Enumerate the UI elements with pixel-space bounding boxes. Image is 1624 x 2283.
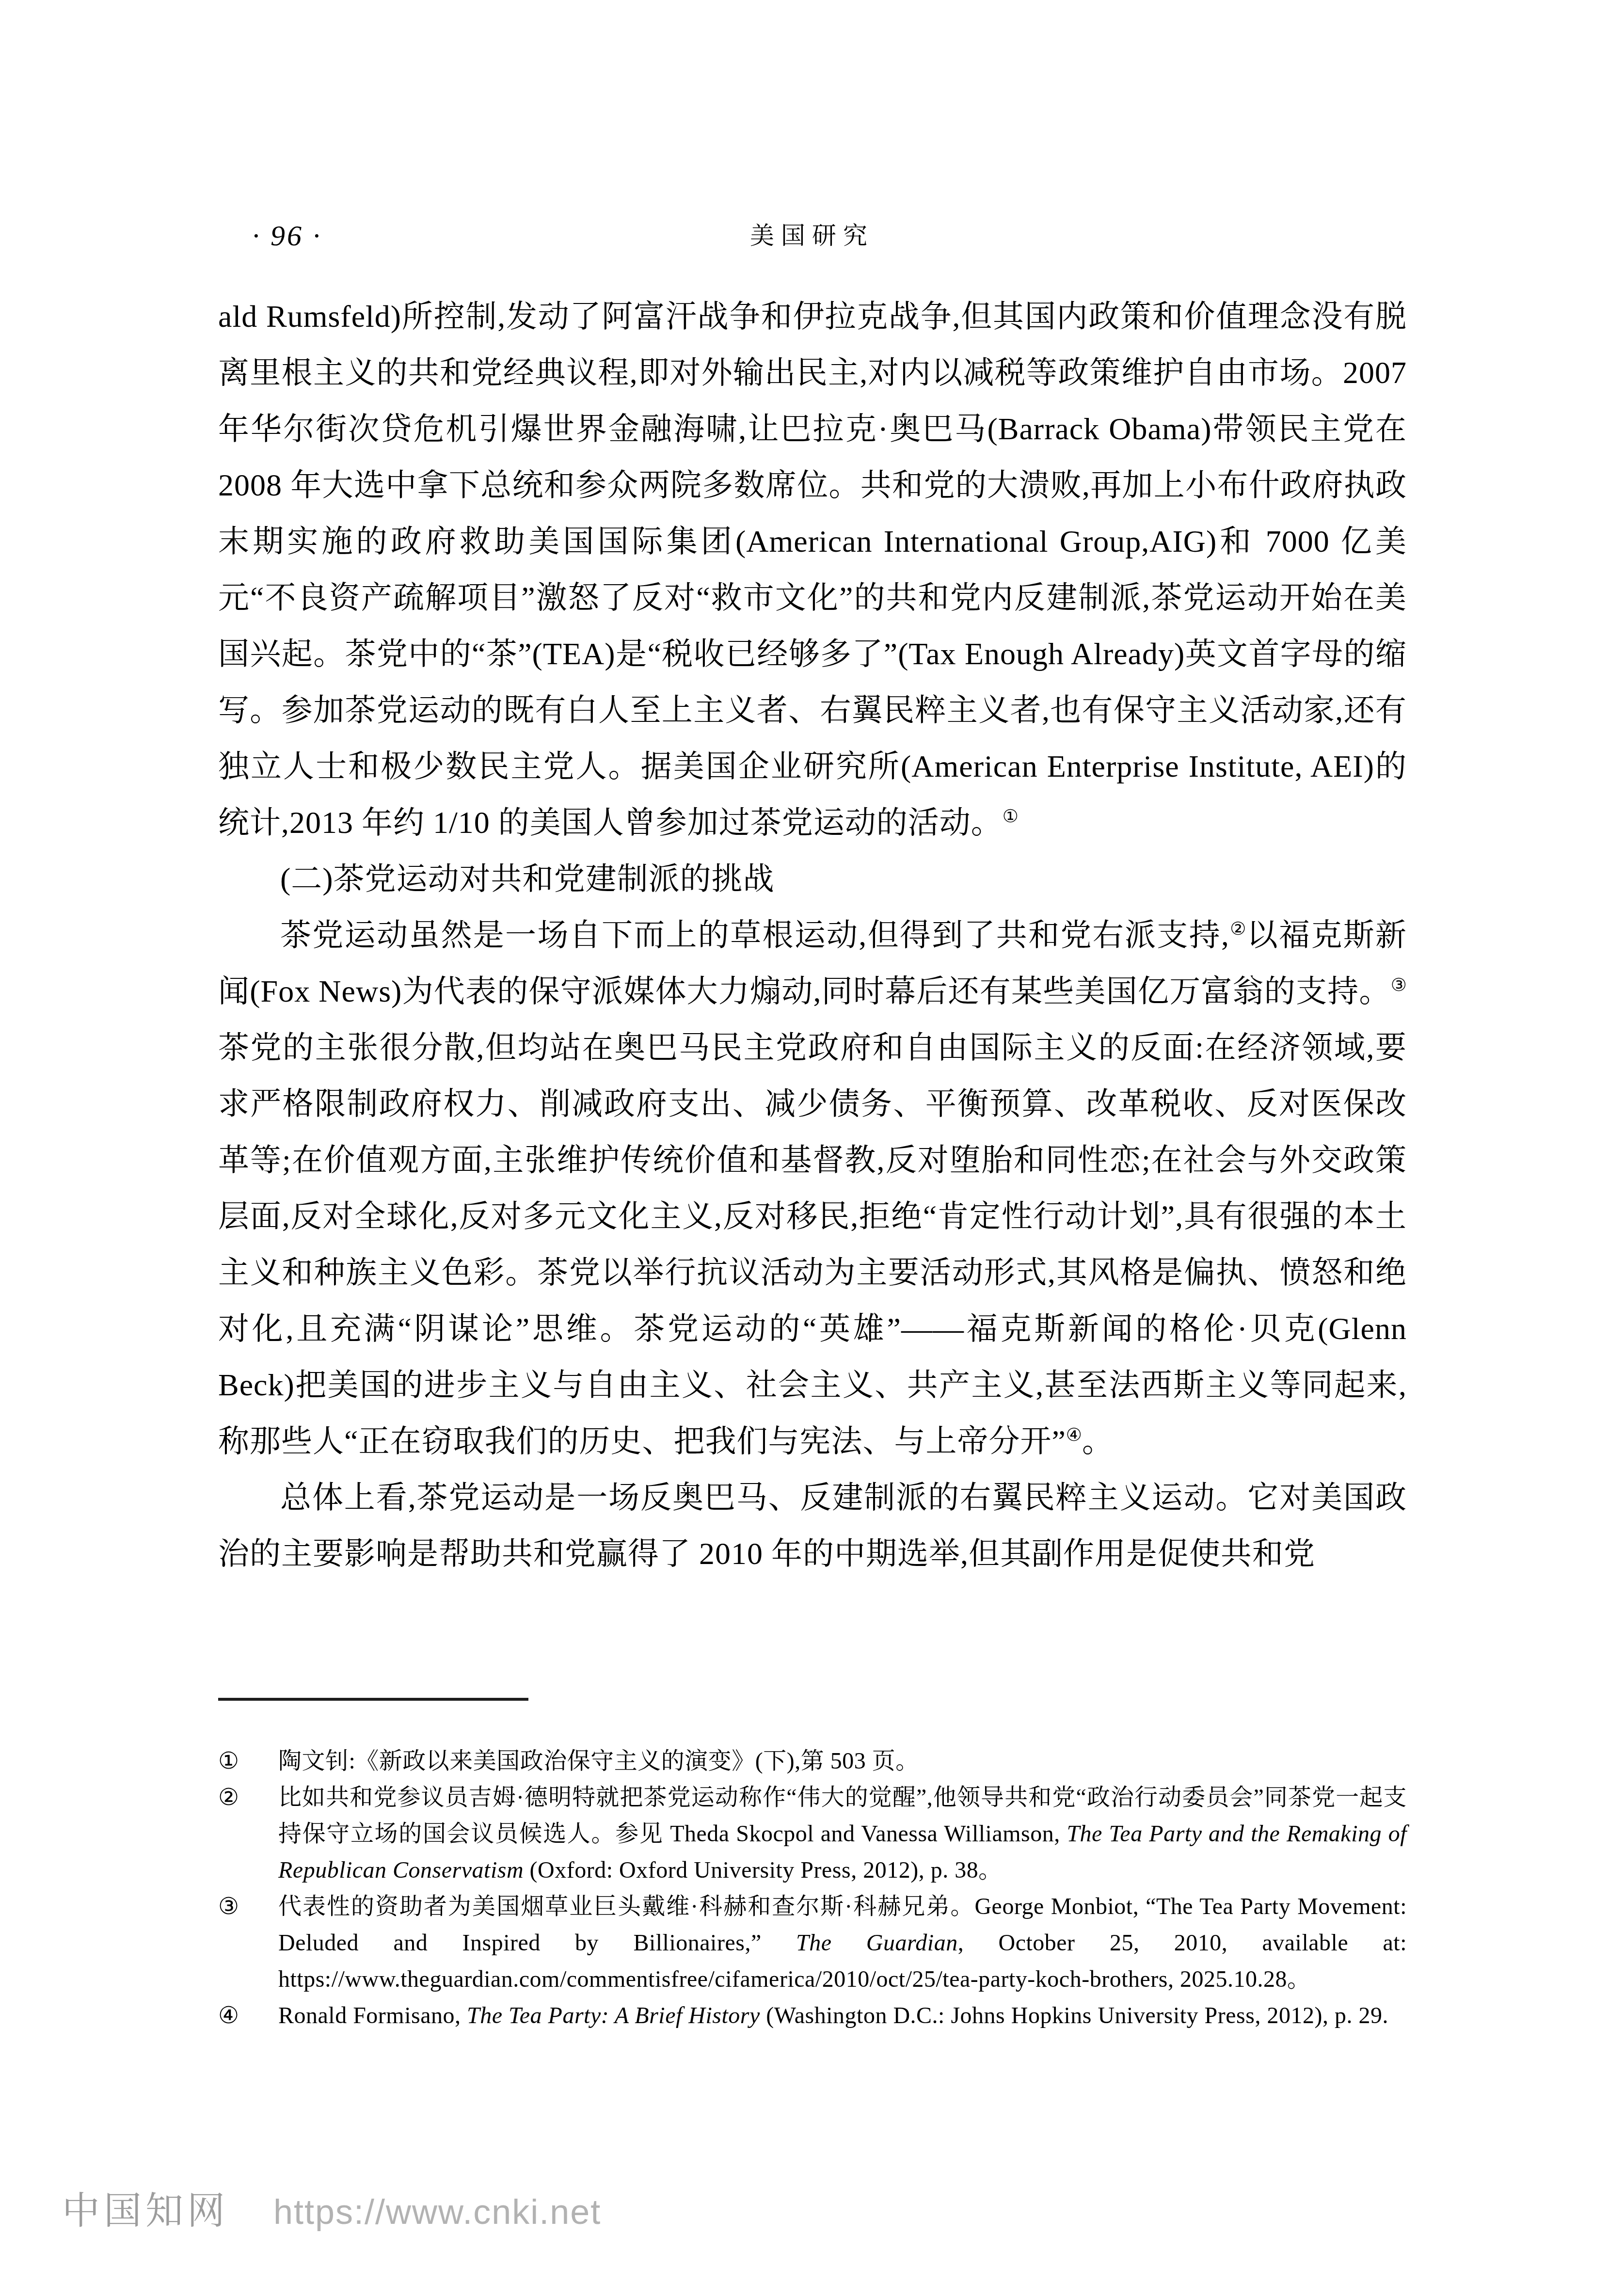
footnote-marker: ② <box>218 1779 239 1816</box>
footnote-segment: 陶文钊:《新政以来美国政治保守主义的演变》(下),第 503 页。 <box>278 1748 919 1774</box>
footnote: ③代表性的资助者为美国烟草业巨头戴维·科赫和查尔斯·科赫兄弟。George Mo… <box>218 1888 1407 1997</box>
paragraph-text: 总体上看,茶党运动是一场反奥巴马、反建制派的右翼民粹主义运动。它对美国政治的主要… <box>218 1480 1407 1571</box>
body-paragraph: 茶党运动虽然是一场自下而上的草根运动,但得到了共和党右派支持,②以福克斯新闻(F… <box>218 907 1407 1469</box>
body-paragraph: ald Rumsfeld)所控制,发动了阿富汗战争和伊拉克战争,但其国内政策和价… <box>218 288 1407 851</box>
footnote-ref-superscript: ② <box>1229 919 1247 939</box>
footnote-text: 代表性的资助者为美国烟草业巨头戴维·科赫和查尔斯·科赫兄弟。George Mon… <box>278 1894 1407 1992</box>
paragraph-text: 茶党运动虽然是一场自下而上的草根运动,但得到了共和党右派支持, <box>280 918 1229 952</box>
footnote-ref-superscript: ③ <box>1391 975 1407 995</box>
footnote-segment: The Tea Party: A Brief History <box>467 2003 760 2028</box>
footnote-rule <box>218 1698 528 1701</box>
footnote-segment: (Washington D.C.: Johns Hopkins Universi… <box>760 2003 1388 2028</box>
paragraph-text: (二)茶党运动对共和党建制派的挑战 <box>280 862 775 896</box>
footnotes: ①陶文钊:《新政以来美国政治保守主义的演变》(下),第 503 页。②比如共和党… <box>218 1743 1407 2034</box>
footnote-text: 陶文钊:《新政以来美国政治保守主义的演变》(下),第 503 页。 <box>278 1748 919 1774</box>
footnote-segment: The Guardian <box>796 1930 958 1956</box>
paragraph-text: 茶党的主张很分散,但均站在奥巴马民主党政府和自由国际主义的反面:在经济领域,要求… <box>218 1030 1407 1458</box>
footnote: ①陶文钊:《新政以来美国政治保守主义的演变》(下),第 503 页。 <box>218 1743 1407 1779</box>
footnote-marker: ③ <box>218 1888 239 1925</box>
journal-title: 美国研究 <box>0 220 1624 251</box>
footnote-segment: (Oxford: Oxford University Press, 2012),… <box>524 1857 1002 1883</box>
footnote-text: Ronald Formisano, The Tea Party: A Brief… <box>278 2003 1388 2028</box>
cnki-url[interactable]: https://www.cnki.net <box>273 2192 601 2232</box>
watermark-footer: 中国知网 https://www.cnki.net <box>62 2181 601 2235</box>
footnote-marker: ① <box>218 1743 239 1779</box>
footnote-marker: ④ <box>218 1997 239 2034</box>
footnote-segment: Ronald Formisano, <box>278 2003 467 2028</box>
article-body: ald Rumsfeld)所控制,发动了阿富汗战争和伊拉克战争,但其国内政策和价… <box>218 288 1407 1582</box>
footnote-ref-superscript: ① <box>1003 807 1019 827</box>
page-header: · 96 · 美国研究 <box>0 218 1624 257</box>
footnote: ④Ronald Formisano, The Tea Party: A Brie… <box>218 1997 1407 2034</box>
journal-page: · 96 · 美国研究 ald Rumsfeld)所控制,发动了阿富汗战争和伊拉… <box>0 0 1624 2283</box>
paragraph-text: ald Rumsfeld)所控制,发动了阿富汗战争和伊拉克战争,但其国内政策和价… <box>218 299 1407 840</box>
footnote-text: 比如共和党参议员吉姆·德明特就把茶党运动称作“伟大的觉醒”,他领导共和党“政治行… <box>278 1785 1407 1883</box>
body-paragraph: 总体上看,茶党运动是一场反奥巴马、反建制派的右翼民粹主义运动。它对美国政治的主要… <box>218 1469 1407 1582</box>
paragraph-text: 。 <box>1082 1424 1114 1458</box>
footnote: ②比如共和党参议员吉姆·德明特就把茶党运动称作“伟大的觉醒”,他领导共和党“政治… <box>218 1779 1407 1888</box>
cnki-logo-text: 中国知网 <box>62 2181 229 2235</box>
footnote-ref-superscript: ④ <box>1066 1425 1082 1445</box>
subsection-heading: (二)茶党运动对共和党建制派的挑战 <box>218 851 1407 907</box>
